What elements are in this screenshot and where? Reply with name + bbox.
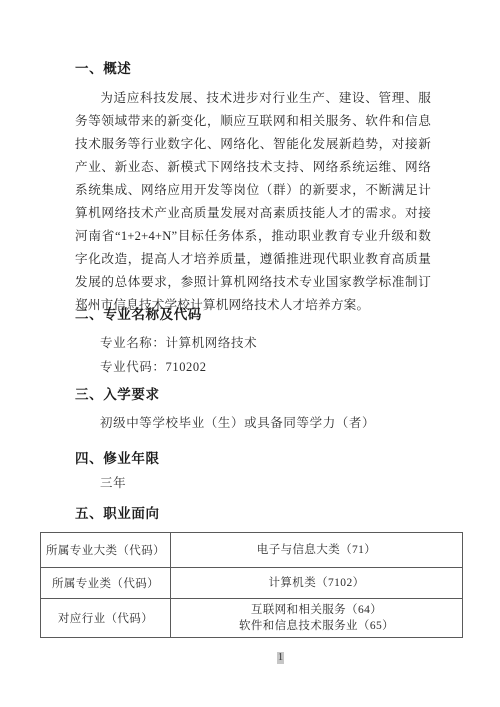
section-heading-study-duration: 四、修业年限 bbox=[75, 450, 160, 468]
major-code-line: 专业代码：710202 bbox=[100, 359, 207, 375]
table-cell-label: 所属专业类（代码） bbox=[41, 568, 171, 599]
table-cell-value-line: 软件和信息技术服务业（65） bbox=[175, 618, 458, 634]
table-row: 对应行业（代码） 互联网和相关服务（64） 软件和信息技术服务业（65） bbox=[41, 599, 463, 638]
table-cell-value-line: 计算机类（7102） bbox=[175, 575, 458, 591]
table-cell-value-line: 互联网和相关服务（64） bbox=[175, 602, 458, 618]
table-row: 所属专业类（代码） 计算机类（7102） bbox=[41, 568, 463, 599]
page-number: 1 bbox=[277, 652, 284, 664]
admission-requirement-line: 初级中等学校毕业（生）或具备同等学力（者） bbox=[100, 415, 375, 431]
table-cell-label: 对应行业（代码） bbox=[41, 599, 171, 638]
major-name-line: 专业名称：计算机网络技术 bbox=[100, 335, 257, 351]
table-cell-value: 计算机类（7102） bbox=[171, 568, 463, 599]
table-cell-value-line: 电子与信息大类（71） bbox=[175, 542, 458, 558]
section-heading-career-orientation: 五、职业面向 bbox=[75, 505, 160, 523]
table-cell-value: 电子与信息大类（71） bbox=[171, 533, 463, 568]
table-row: 所属专业大类（代码） 电子与信息大类（71） bbox=[41, 533, 463, 568]
section-heading-admission-requirements: 三、入学要求 bbox=[75, 386, 160, 404]
section-heading-overview: 一、概述 bbox=[75, 60, 131, 78]
table-cell-label: 所属专业大类（代码） bbox=[41, 533, 171, 568]
career-orientation-table: 所属专业大类（代码） 电子与信息大类（71） 所属专业类（代码） 计算机类（71… bbox=[40, 532, 463, 638]
document-page: 一、概述 为适应科技发展、技术进步对行业生产、建设、管理、服务等领域带来的新变化… bbox=[0, 0, 500, 707]
section-heading-major-name-code: 二、专业名称及代码 bbox=[75, 306, 202, 324]
study-duration-line: 三年 bbox=[100, 475, 126, 491]
overview-paragraph: 为适应科技发展、技术进步对行业生产、建设、管理、服务等领域带来的新变化，顺应互联… bbox=[75, 87, 431, 317]
table-cell-value: 互联网和相关服务（64） 软件和信息技术服务业（65） bbox=[171, 599, 463, 638]
